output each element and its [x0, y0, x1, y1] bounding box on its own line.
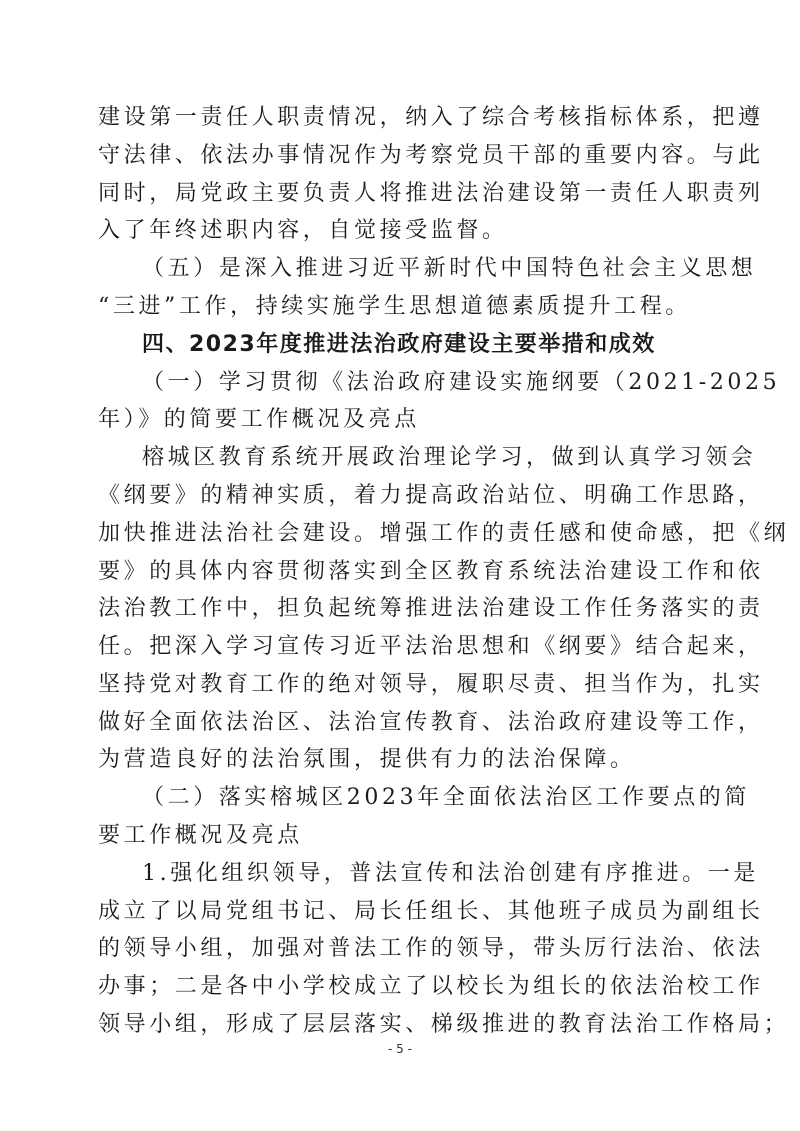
body-text-line: 法治教工作中，担负起统筹推进法治建设工作任务落实的责 — [98, 594, 708, 624]
body-text-line: 办事；二是各中小学校成立了以校长为组长的依法治校工作 — [98, 972, 708, 1002]
subsection-heading-one: （一）学习贯彻《法治政府建设实施纲要（2021-2025 — [142, 368, 752, 398]
body-text-line: 建设第一责任人职责情况，纳入了综合考核指标体系，把遵 — [98, 103, 708, 133]
body-text-line: 要工作概况及亮点 — [98, 821, 708, 851]
body-text-line: 同时，局党政主要负责人将推进法治建设第一责任人职责列 — [98, 179, 708, 209]
body-text-line: 任。把深入学习宣传习近平法治思想和《纲要》结合起来， — [98, 632, 708, 662]
body-text-line: 成立了以局党组书记、局长任组长、其他班子成员为副组长 — [98, 897, 708, 927]
numbered-item-one: 1.强化组织领导，普法宣传和法治创建有序推进。一是 — [142, 859, 752, 889]
body-text-line: 《纲要》的精神实质，着力提高政治站位、明确工作思路， — [98, 481, 708, 511]
subsection-heading-two: （二）落实榕城区2023年全面依法治区工作要点的简 — [142, 783, 752, 813]
section-item-five: （五）是深入推进习近平新时代中国特色社会主义思想 — [142, 254, 752, 284]
body-text-line: 年）》的简要工作概况及亮点 — [98, 405, 708, 435]
body-text-line: 入了年终述职内容，自觉接受监督。 — [98, 216, 708, 246]
document-page: 建设第一责任人职责情况，纳入了综合考核指标体系，把遵 守法律、依法办事情况作为考… — [0, 0, 800, 1131]
body-text-line: 的领导小组，加强对普法工作的领导，带头厉行法治、依法 — [98, 934, 708, 964]
body-text-line: 坚持党对教育工作的绝对领导，履职尽责、担当作为，扎实 — [98, 670, 708, 700]
body-text-line: 要》的具体内容贯彻落实到全区教育系统法治建设工作和依 — [98, 557, 708, 587]
section-heading-four: 四、2023年度推进法治政府建设主要举措和成效 — [142, 330, 752, 360]
body-text-line: 为营造良好的法治氛围，提供有力的法治保障。 — [98, 745, 708, 775]
page-number: - 5 - — [0, 1042, 800, 1056]
body-text-line: 做好全面依法治区、法治宣传教育、法治政府建设等工作， — [98, 708, 708, 738]
paragraph-start: 榕城区教育系统开展政治理论学习，做到认真学习领会 — [142, 443, 752, 473]
body-text-line: “三进”工作，持续实施学生思想道德素质提升工程。 — [98, 292, 708, 322]
body-text-line: 守法律、依法办事情况作为考察党员干部的重要内容。与此 — [98, 141, 708, 171]
body-text-line: 加快推进法治社会建设。增强工作的责任感和使命感，把《纲 — [98, 519, 708, 549]
body-text-line: 领导小组，形成了层层落实、梯级推进的教育法治工作格局； — [98, 1010, 708, 1040]
